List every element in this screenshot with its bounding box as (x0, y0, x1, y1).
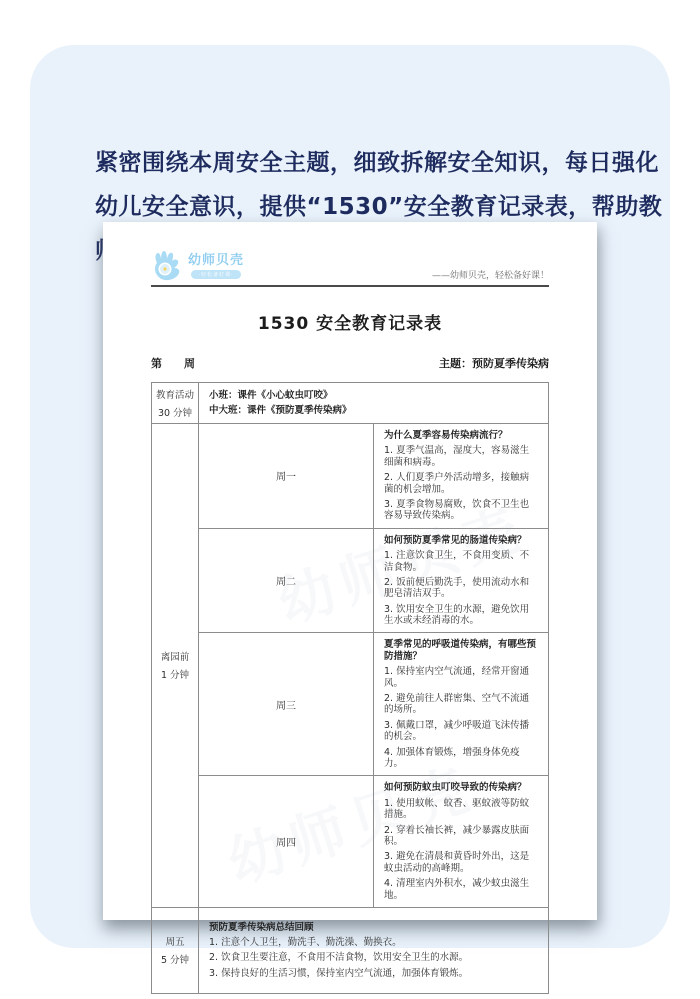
wednesday-item: 4. 加强体育锻炼，增强身体免疫力。 (384, 747, 538, 770)
table-row-tuesday: 周二 如何预防夏季常见的肠道传染病？ 1. 注意饮食卫生，不食用变质、不洁食物。… (152, 528, 549, 633)
doc-title: 1530 安全教育记录表 (151, 309, 549, 334)
thursday-item: 1. 使用蚊帐、蚊香、驱蚊液等防蚊措施。 (384, 798, 538, 821)
thursday-item: 2. 穿着长袖长裤，减少暴露皮肤面积。 (384, 825, 538, 848)
tuesday-item: 3. 饮用安全卫生的水源，避免饮用生水或未经消毒的水。 (384, 604, 538, 627)
content-cell-monday: 为什么夏季容易传染病流行？ 1. 夏季气温高，湿度大，容易滋生细菌和病毒。 2.… (374, 424, 549, 529)
monday-question: 为什么夏季容易传染病流行？ (384, 430, 538, 441)
wednesday-item: 3. 佩戴口罩，减少呼吸道飞沫传播的机会。 (384, 720, 538, 743)
before-leaving-label: 离园前 (152, 649, 198, 663)
tuesday-item: 1. 注意饮食卫生，不食用变质、不洁食物。 (384, 550, 538, 573)
monday-item: 3. 夏季食物易腐败，饮食不卫生也容易导致传染病。 (384, 499, 538, 522)
wednesday-item: 1. 保持室内空气流通，经常开窗通风。 (384, 666, 538, 689)
theme-field: 主题：预防夏季传染病 (439, 355, 549, 371)
wednesday-question: 夏季常见的呼吸道传染病，有哪些预防措施？ (384, 639, 538, 662)
monday-item: 2. 人们夏季户外活动增多，接触病菌的机会增加。 (384, 472, 538, 495)
friday-item: 2. 饮食卫生要注意，不食用不洁食物，饮用安全卫生的水源。 (209, 952, 538, 963)
before-leaving-duration: 1 分钟 (152, 667, 198, 681)
tuesday-item: 2. 饭前便后勤洗手，使用流动水和肥皂清洁双手。 (384, 577, 538, 600)
logo-hand-icon (151, 249, 183, 283)
friday-item: 1. 注意个人卫生，勤洗手、勤洗澡、勤换衣。 (209, 937, 538, 948)
logo-badge: ·轻松备好课· (191, 270, 240, 279)
content-cell-friday: 预防夏季传染病总结回顾 1. 注意个人卫生，勤洗手、勤洗澡、勤换衣。 2. 饮食… (199, 907, 549, 993)
activity-duration: 30 分钟 (152, 405, 198, 419)
table-row-activity: 教育活动 30 分钟 小班：课件《小心蚊虫叮咬》 中大班：课件《预防夏季传染病》 (152, 383, 549, 424)
content-cell-wednesday: 夏季常见的呼吸道传染病，有哪些预防措施？ 1. 保持室内空气流通，经常开窗通风。… (374, 633, 549, 776)
logo-name: 幼师贝壳 (188, 249, 244, 268)
activity-label: 教育活动 (152, 387, 198, 401)
friday-label: 周五 (152, 934, 198, 948)
brand-text: 幼师贝壳 ·轻松备好课· (188, 249, 244, 279)
week-field: 第 周 (151, 355, 195, 371)
activity-label-cell: 教育活动 30 分钟 (152, 383, 199, 424)
page-background: 紧密围绕本周安全主题，细致拆解安全知识，每日强化幼儿安全意识，提供“1530”安… (0, 0, 700, 999)
record-table: 教育活动 30 分钟 小班：课件《小心蚊虫叮咬》 中大班：课件《预防夏季传染病》… (151, 382, 549, 994)
table-row-friday: 周五 5 分钟 预防夏季传染病总结回顾 1. 注意个人卫生，勤洗手、勤洗澡、勤换… (152, 907, 549, 993)
table-row-wednesday: 周三 夏季常见的呼吸道传染病，有哪些预防措施？ 1. 保持室内空气流通，经常开窗… (152, 633, 549, 776)
monday-item: 1. 夏季气温高，湿度大，容易滋生细菌和病毒。 (384, 445, 538, 468)
before-leaving-label-cell: 离园前 1 分钟 (152, 424, 199, 908)
friday-item: 3. 保持良好的生活习惯，保持室内空气流通，加强体育锻炼。 (209, 968, 538, 979)
day-cell-monday: 周一 (199, 424, 374, 529)
friday-question: 预防夏季传染病总结回顾 (209, 922, 538, 933)
thursday-item: 3. 避免在清晨和黄昏时外出，这是蚊虫活动的高峰期。 (384, 851, 538, 874)
meta-row: 第 周 主题：预防夏季传染病 (151, 355, 549, 371)
document-header: 幼师贝壳 ·轻松备好课· ——幼师贝壳，轻松备好课！ (151, 235, 549, 283)
activity-content-cell: 小班：课件《小心蚊虫叮咬》 中大班：课件《预防夏季传染病》 (199, 383, 549, 424)
tuesday-question: 如何预防夏季常见的肠道传染病？ (384, 535, 538, 546)
document-inner: 幼师贝壳 幼师贝壳 幼师贝壳 ·轻松备好课· (103, 222, 597, 920)
content-cell-thursday: 如何预防蚊虫叮咬导致的传染病？ 1. 使用蚊帐、蚊香、驱蚊液等防蚊措施。 2. … (374, 776, 549, 908)
content-cell-tuesday: 如何预防夏季常见的肠道传染病？ 1. 注意饮食卫生，不食用变质、不洁食物。 2.… (374, 528, 549, 633)
day-cell-tuesday: 周二 (199, 528, 374, 633)
brand-logo: 幼师贝壳 ·轻松备好课· (151, 249, 244, 283)
table-row-monday: 离园前 1 分钟 周一 为什么夏季容易传染病流行？ 1. 夏季气温高，湿度大，容… (152, 424, 549, 529)
header-tagline: ——幼师贝壳，轻松备好课！ (432, 268, 549, 283)
friday-duration: 5 分钟 (152, 952, 198, 966)
wednesday-item: 2. 避免前往人群密集、空气不流通的场所。 (384, 693, 538, 716)
activity-content-line2: 中大班：课件《预防夏季传染病》 (209, 405, 538, 416)
thursday-question: 如何预防蚊虫叮咬导致的传染病？ (384, 782, 538, 793)
thursday-item: 4. 清理室内外积水，减少蚊虫滋生地。 (384, 878, 538, 901)
friday-label-cell: 周五 5 分钟 (152, 907, 199, 993)
document-card: 幼师贝壳 幼师贝壳 幼师贝壳 ·轻松备好课· (103, 222, 597, 920)
header-divider (151, 285, 549, 287)
activity-content-line1: 小班：课件《小心蚊虫叮咬》 (209, 390, 538, 401)
table-row-thursday: 周四 如何预防蚊虫叮咬导致的传染病？ 1. 使用蚊帐、蚊香、驱蚊液等防蚊措施。 … (152, 776, 549, 908)
day-cell-thursday: 周四 (199, 776, 374, 908)
day-cell-wednesday: 周三 (199, 633, 374, 776)
